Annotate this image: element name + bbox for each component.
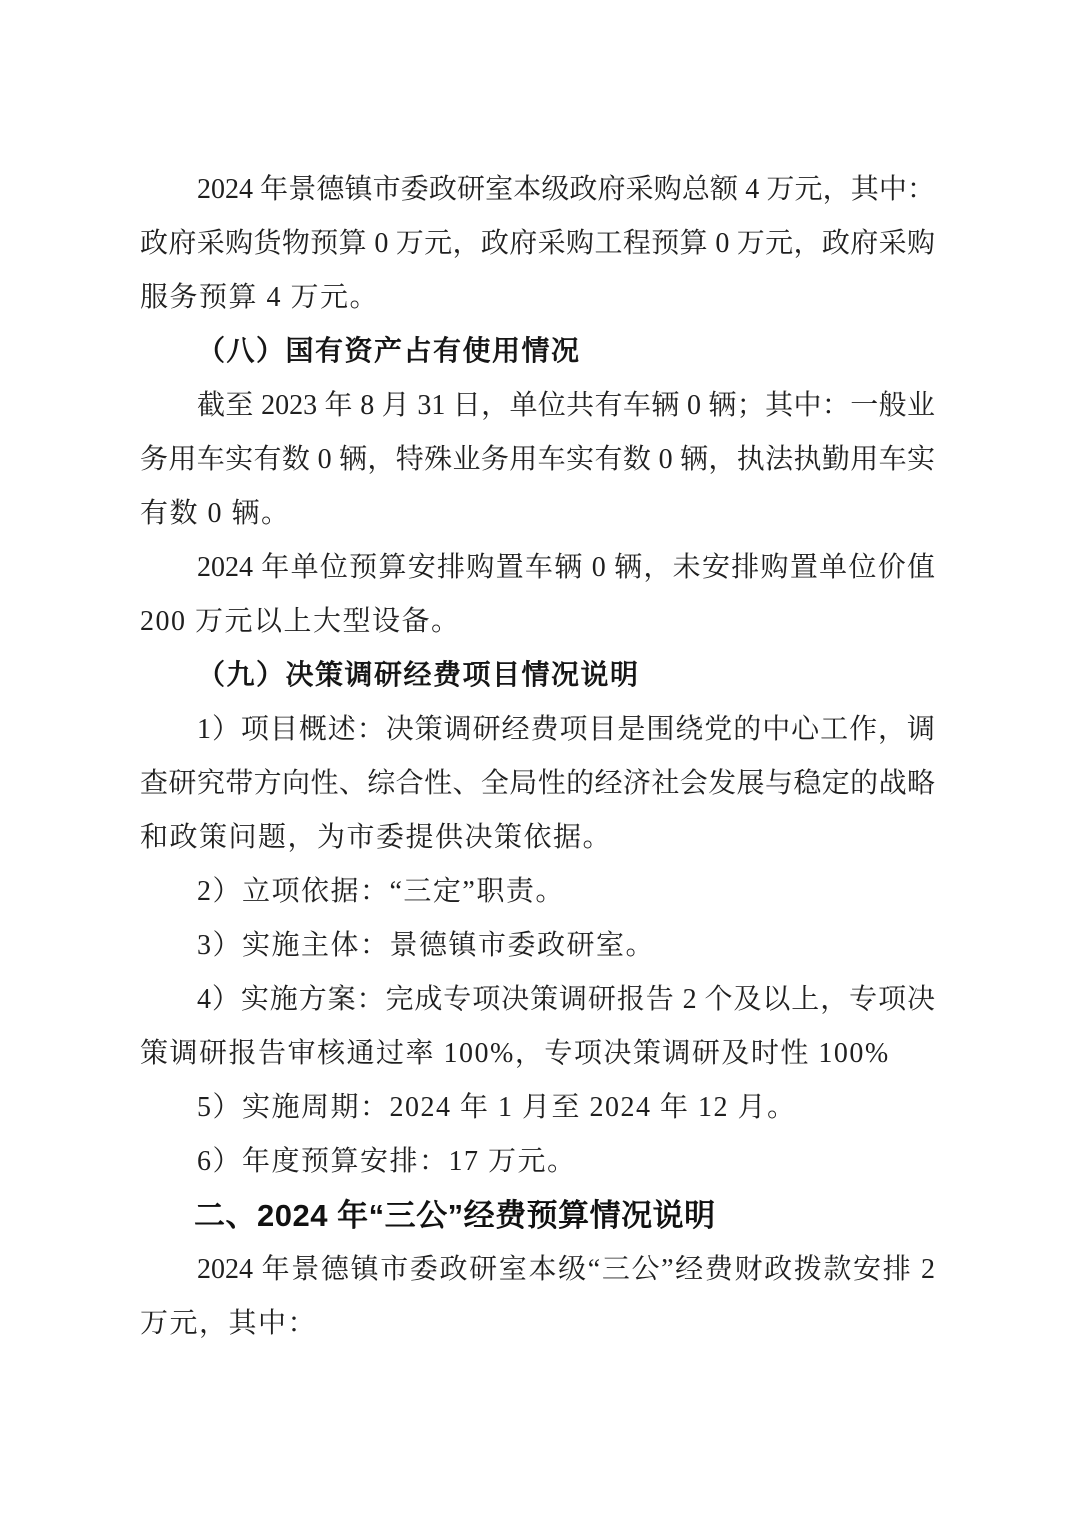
text-line: 4）实施方案：完成专项决策调研报告 2 个及以上，专项决 [140,973,935,1027]
text-line: 2024 年景德镇市委政研室本级政府采购总额 4 万元，其中： [140,163,935,217]
text-line: 2024 年景德镇市委政研室本级“三公”经费财政拨款安排 2 [140,1243,935,1297]
text-line: 1）项目概述：决策调研经费项目是围绕党的中心工作，调 [140,703,935,757]
paragraph-project-plan: 4）实施方案：完成专项决策调研报告 2 个及以上，专项决 策调研报告审核通过率 … [140,973,935,1081]
text-line: 查研究带方向性、综合性、全局性的经济社会发展与稳定的战略 [140,757,935,811]
paragraph-three-public-funds: 2024 年景德镇市委政研室本级“三公”经费财政拨款安排 2 万元，其中： [140,1243,935,1351]
heading-line: （八）国有资产占有使用情况 [140,325,935,379]
part-heading-2: 二、2024 年“三公”经费预算情况说明 [140,1189,935,1243]
paragraph-project-period: 5）实施周期：2024 年 1 月至 2024 年 12 月。 [140,1081,935,1135]
heading-line: （九）决策调研经费项目情况说明 [140,649,935,703]
text-line: 服务预算 4 万元。 [140,271,935,325]
text-line: 政府采购货物预算 0 万元，政府采购工程预算 0 万元，政府采购 [140,217,935,271]
text-line: 和政策问题，为市委提供决策依据。 [140,811,935,865]
text-line: 万元，其中： [140,1297,935,1351]
paragraph-vehicles-owned: 截至 2023 年 8 月 31 日，单位共有车辆 0 辆；其中：一般业 务用车… [140,379,935,541]
paragraph-project-basis: 2）立项依据：“三定”职责。 [140,865,935,919]
text-line: 截至 2023 年 8 月 31 日，单位共有车辆 0 辆；其中：一般业 [140,379,935,433]
text-block: 2024 年景德镇市委政研室本级政府采购总额 4 万元，其中： 政府采购货物预算… [140,163,935,1351]
text-line: 有数 0 辆。 [140,487,935,541]
text-line: 200 万元以上大型设备。 [140,595,935,649]
document-page: 2024 年景德镇市委政研室本级政府采购总额 4 万元，其中： 政府采购货物预算… [0,0,1074,1520]
text-line: 2024 年单位预算安排购置车辆 0 辆，未安排购置单位价值 [140,541,935,595]
text-line: 务用车实有数 0 辆，特殊业务用车实有数 0 辆，执法执勤用车实 [140,433,935,487]
paragraph-gov-procurement: 2024 年景德镇市委政研室本级政府采购总额 4 万元，其中： 政府采购货物预算… [140,163,935,325]
text-line: 3）实施主体：景德镇市委政研室。 [140,919,935,973]
text-line: 策调研报告审核通过率 100%，专项决策调研及时性 100% [140,1027,935,1081]
paragraph-project-budget: 6）年度预算安排：17 万元。 [140,1135,935,1189]
paragraph-project-entity: 3）实施主体：景德镇市委政研室。 [140,919,935,973]
text-line: 2）立项依据：“三定”职责。 [140,865,935,919]
paragraph-project-overview: 1）项目概述：决策调研经费项目是围绕党的中心工作，调 查研究带方向性、综合性、全… [140,703,935,865]
text-line: 5）实施周期：2024 年 1 月至 2024 年 12 月。 [140,1081,935,1135]
text-line: 6）年度预算安排：17 万元。 [140,1135,935,1189]
paragraph-vehicle-purchase-plan: 2024 年单位预算安排购置车辆 0 辆，未安排购置单位价值 200 万元以上大… [140,541,935,649]
heading-line: 二、2024 年“三公”经费预算情况说明 [140,1189,935,1243]
section-heading-8: （八）国有资产占有使用情况 [140,325,935,379]
section-heading-9: （九）决策调研经费项目情况说明 [140,649,935,703]
